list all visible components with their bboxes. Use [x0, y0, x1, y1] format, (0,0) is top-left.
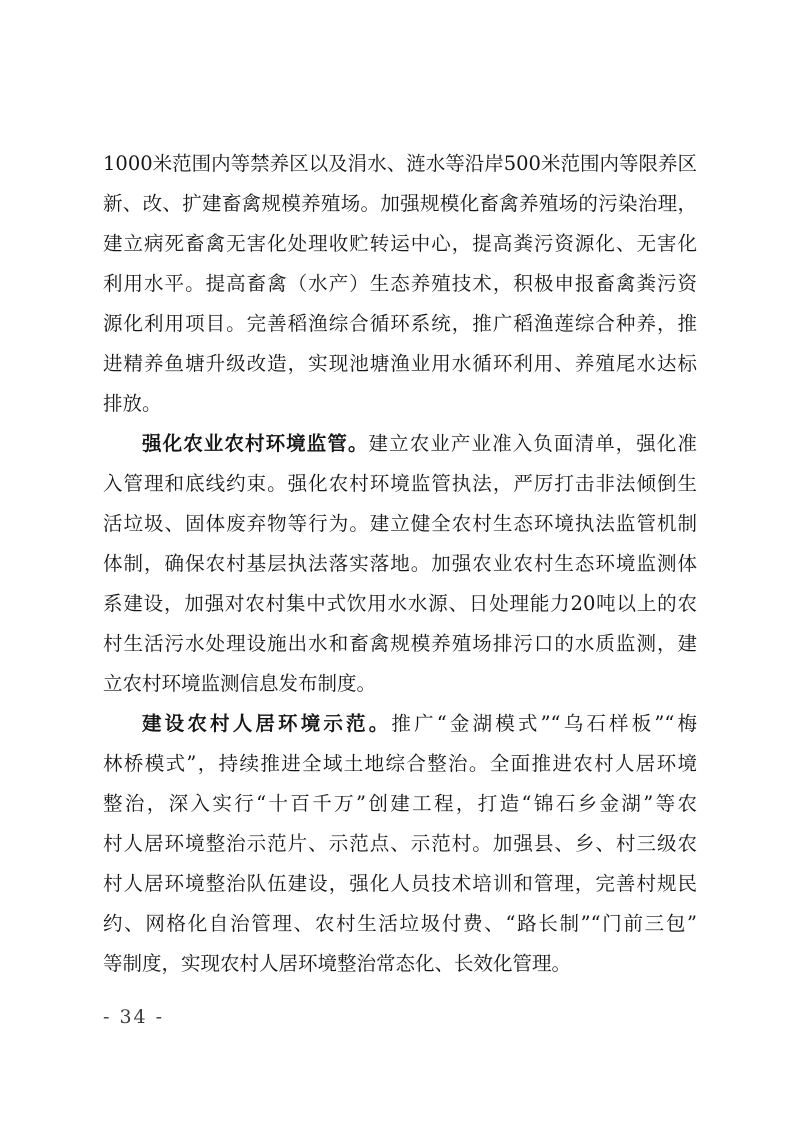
- text-line: 村人居环境整治队伍建设，强化人员技术培训和管理，完善村规民: [103, 864, 697, 904]
- text-line: 活垃圾、固体废弃物等行为。建立健全农村生态环境执法监管机制: [103, 504, 697, 544]
- text-line: 村人居环境整治示范片、示范点、示范村。加强县、乡、村三级农: [103, 824, 697, 864]
- document-page: 1000米范围内等禁养区以及涓水、涟水等沿岸500米范围内等限养区 新、改、扩建…: [0, 0, 793, 1122]
- page-footer: - 34 -: [103, 1001, 164, 1033]
- line-text: 推广“金湖模式”“乌石样板”“梅: [391, 712, 697, 735]
- text-line: 整治，深入实行“十百千万”创建工程，打造“锦石乡金湖”等农: [103, 784, 697, 824]
- text-line: 强化农业农村环境监管。建立农业产业准入负面清单，强化准: [103, 424, 697, 464]
- text-line: 源化利用项目。完善稻渔综合循环系统，推广稻渔莲综合种养，推: [103, 304, 697, 344]
- text-line: 1000米范围内等禁养区以及涓水、涟水等沿岸500米范围内等限养区: [103, 144, 697, 184]
- line-text: 建立农业产业准入负面清单，强化准: [369, 432, 697, 455]
- text-line: 建立病死畜禽无害化处理收贮转运中心，提高粪污资源化、无害化: [103, 224, 697, 264]
- page-number: - 34 -: [103, 1006, 164, 1028]
- text-line: 利用水平。提高畜禽（水产）生态养殖技术，积极申报畜禽粪污资: [103, 264, 697, 304]
- text-line: 林桥模式”，持续推进全域土地综合整治。全面推进农村人居环境: [103, 744, 697, 784]
- paragraph-lead-bold: 建设农村人居环境示范。: [142, 712, 391, 735]
- text-line: 约、网格化自治管理、农村生活垃圾付费、“路长制”“门前三包”: [103, 904, 697, 944]
- paragraph-lead-bold: 强化农业农村环境监管。: [142, 432, 369, 455]
- text-line: 体制，确保农村基层执法落实落地。加强农业农村生态环境监测体: [103, 544, 697, 584]
- text-line: 等制度，实现农村人居环境整治常态化、长效化管理。: [103, 944, 697, 984]
- text-line: 入管理和底线约束。强化农村环境监管执法，严厉打击非法倾倒生: [103, 464, 697, 504]
- text-line: 进精养鱼塘升级改造，实现池塘渔业用水循环利用、养殖尾水达标: [103, 344, 697, 384]
- text-line: 村生活污水处理设施出水和畜禽规模养殖场排污口的水质监测，建: [103, 624, 697, 664]
- text-line: 立农村环境监测信息发布制度。: [103, 664, 697, 704]
- text-line: 系建设，加强对农村集中式饮用水水源、日处理能力20吨以上的农: [103, 584, 697, 624]
- text-line: 新、改、扩建畜禽规模养殖场。加强规模化畜禽养殖场的污染治理，: [103, 184, 697, 224]
- text-line: 建设农村人居环境示范。推广“金湖模式”“乌石样板”“梅: [103, 704, 697, 744]
- text-line: 排放。: [103, 384, 697, 424]
- document-body: 1000米范围内等禁养区以及涓水、涟水等沿岸500米范围内等限养区 新、改、扩建…: [103, 144, 697, 984]
